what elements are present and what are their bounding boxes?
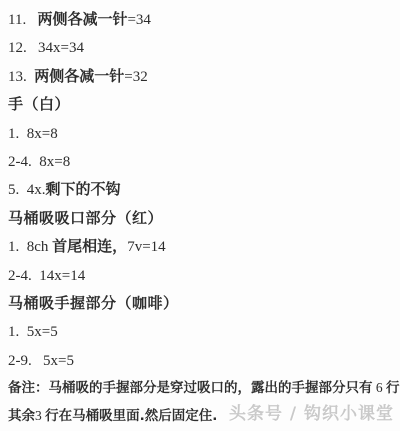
instruction-line: 1. 8x=8 xyxy=(8,119,394,147)
line-value: =32 xyxy=(124,69,147,85)
note-text: 备注：马桶吸的手握部分是穿过吸口的，露出的手握部分只有 xyxy=(8,380,373,396)
line-value: 14x=14 xyxy=(39,268,85,284)
line-number: 12. xyxy=(8,40,38,56)
instruction-line: 12. 34x=34 xyxy=(8,33,394,61)
watermark: 头条号 / 钩织小课堂 xyxy=(229,399,394,424)
line-text: 两侧各减一针 xyxy=(37,10,127,28)
pattern-document: 11. 两侧各减一针=34 12. 34x=34 13. 两侧各减一针=32 手… xyxy=(0,0,400,431)
line-number: 13. xyxy=(8,69,34,85)
note-text: 其余 xyxy=(8,408,35,424)
line-value: 8x=8 xyxy=(27,126,58,142)
instruction-line: 1. 8ch 首尾相连，7v=14 xyxy=(8,232,394,260)
line-text: 两侧各减一针 xyxy=(34,67,124,85)
instruction-line: 13. 两侧各减一针=32 xyxy=(8,62,394,90)
heading-text: 马桶吸手握部分（咖啡） xyxy=(8,294,179,312)
line-number: 2-9. xyxy=(8,353,43,369)
heading-text: 马桶吸吸口部分（红） xyxy=(8,209,163,227)
line-value: 5x=5 xyxy=(27,324,58,340)
note-number: 6 xyxy=(373,380,387,395)
instruction-line: 2-4. 14x=14 xyxy=(8,261,394,289)
line-value: 7v=14 xyxy=(127,239,165,255)
line-number: 2-4. xyxy=(8,154,39,170)
line-number: 5. 4x. xyxy=(8,182,46,198)
instruction-line: 2-9. 5x=5 xyxy=(8,346,394,374)
line-value: 5x=5 xyxy=(43,353,74,369)
note-number: 3 xyxy=(35,408,45,423)
note-text-tail: 行在马桶吸里面.然后固定住. xyxy=(45,408,217,424)
section-heading-suction: 马桶吸吸口部分（红） xyxy=(8,204,394,232)
instruction-line: 11. 两侧各减一针=34 xyxy=(8,5,394,33)
line-value: 8x=8 xyxy=(39,154,70,170)
instruction-line: 5. 4x.剩下的不钩 xyxy=(8,175,394,203)
section-heading-handle: 马桶吸手握部分（咖啡） xyxy=(8,289,394,317)
line-number: 1. xyxy=(8,324,27,340)
line-number: 11. xyxy=(8,12,37,28)
instruction-line: 1. 5x=5 xyxy=(8,317,394,345)
line-text: 剩下的不钩 xyxy=(46,180,121,198)
section-heading-hand: 手（白） xyxy=(8,90,394,118)
line-number: 1. xyxy=(8,126,27,142)
line-number: 1. 8ch xyxy=(8,239,52,255)
line-number: 2-4. xyxy=(8,268,39,284)
instruction-line: 2-4. 8x=8 xyxy=(8,147,394,175)
line-value: 34x=34 xyxy=(38,40,84,56)
line-text: 首尾相连， xyxy=(52,237,127,255)
note-text-tail: 行. xyxy=(386,380,400,396)
heading-text: 手（白） xyxy=(8,95,70,113)
line-value: =34 xyxy=(127,12,150,28)
